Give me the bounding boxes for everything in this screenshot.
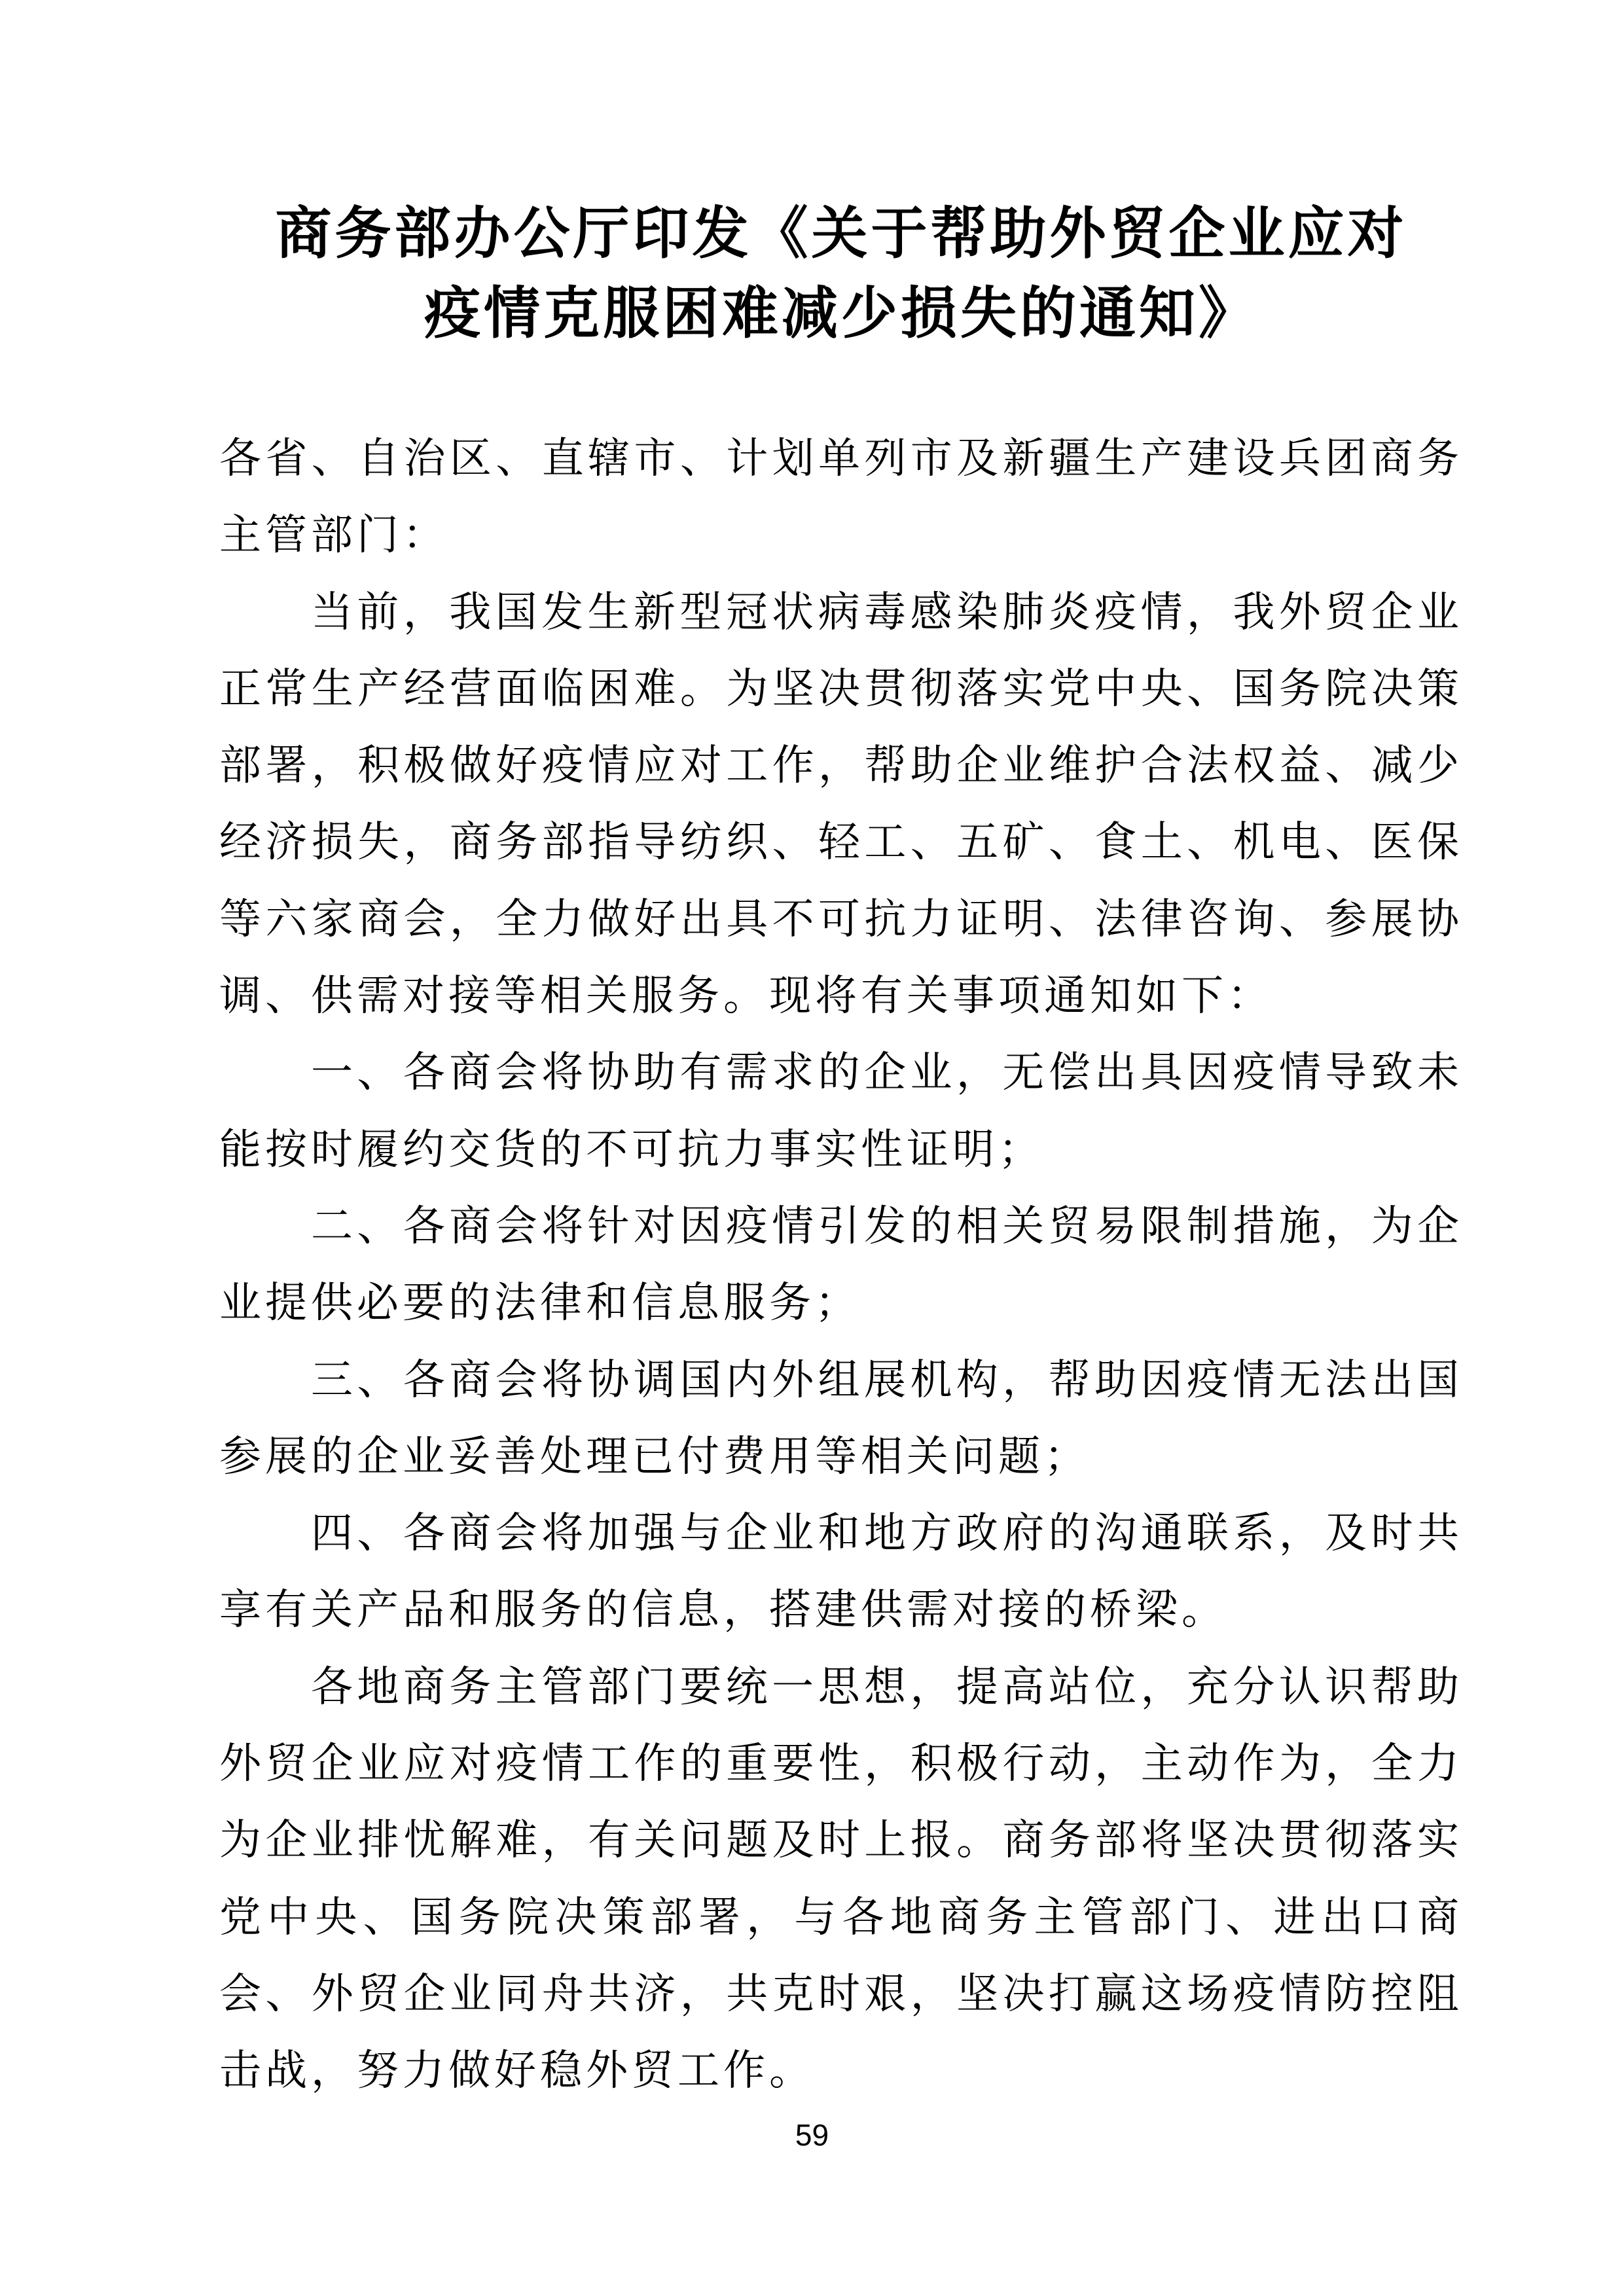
item-4-paragraph: 四、各商会将加强与企业和地方政府的沟通联系，及时共享有关产品和服务的信息，搭建供…: [219, 1495, 1463, 1649]
document-title-line-1: 商务部办公厅印发《关于帮助外贸企业应对: [219, 194, 1463, 274]
document-title: 商务部办公厅印发《关于帮助外贸企业应对 疫情克服困难减少损失的通知》: [219, 194, 1463, 353]
item-1-paragraph: 一、各商会将协助有需求的企业，无偿出具因疫情导致未能按时履约交货的不可抗力事实性…: [219, 1034, 1463, 1188]
document-body: 各省、自治区、直辖市、计划单列市及新疆生产建设兵团商务主管部门： 当前，我国发生…: [219, 420, 1463, 2109]
document-page: 商务部办公厅印发《关于帮助外贸企业应对 疫情克服困难减少损失的通知》 各省、自治…: [0, 0, 1624, 2296]
page-number: 59: [0, 2118, 1624, 2152]
salutation-paragraph: 各省、自治区、直辖市、计划单列市及新疆生产建设兵团商务主管部门：: [219, 420, 1463, 574]
item-3-paragraph: 三、各商会将协调国内外组展机构，帮助因疫情无法出国参展的企业妥善处理已付费用等相…: [219, 1342, 1463, 1496]
document-title-line-2: 疫情克服困难减少损失的通知》: [219, 274, 1463, 353]
intro-paragraph: 当前，我国发生新型冠状病毒感染肺炎疫情，我外贸企业正常生产经营面临困难。为坚决贯…: [219, 574, 1463, 1035]
closing-paragraph: 各地商务主管部门要统一思想，提高站位，充分认识帮助外贸企业应对疫情工作的重要性，…: [219, 1649, 1463, 2109]
item-2-paragraph: 二、各商会将针对因疫情引发的相关贸易限制措施，为企业提供必要的法律和信息服务；: [219, 1188, 1463, 1342]
